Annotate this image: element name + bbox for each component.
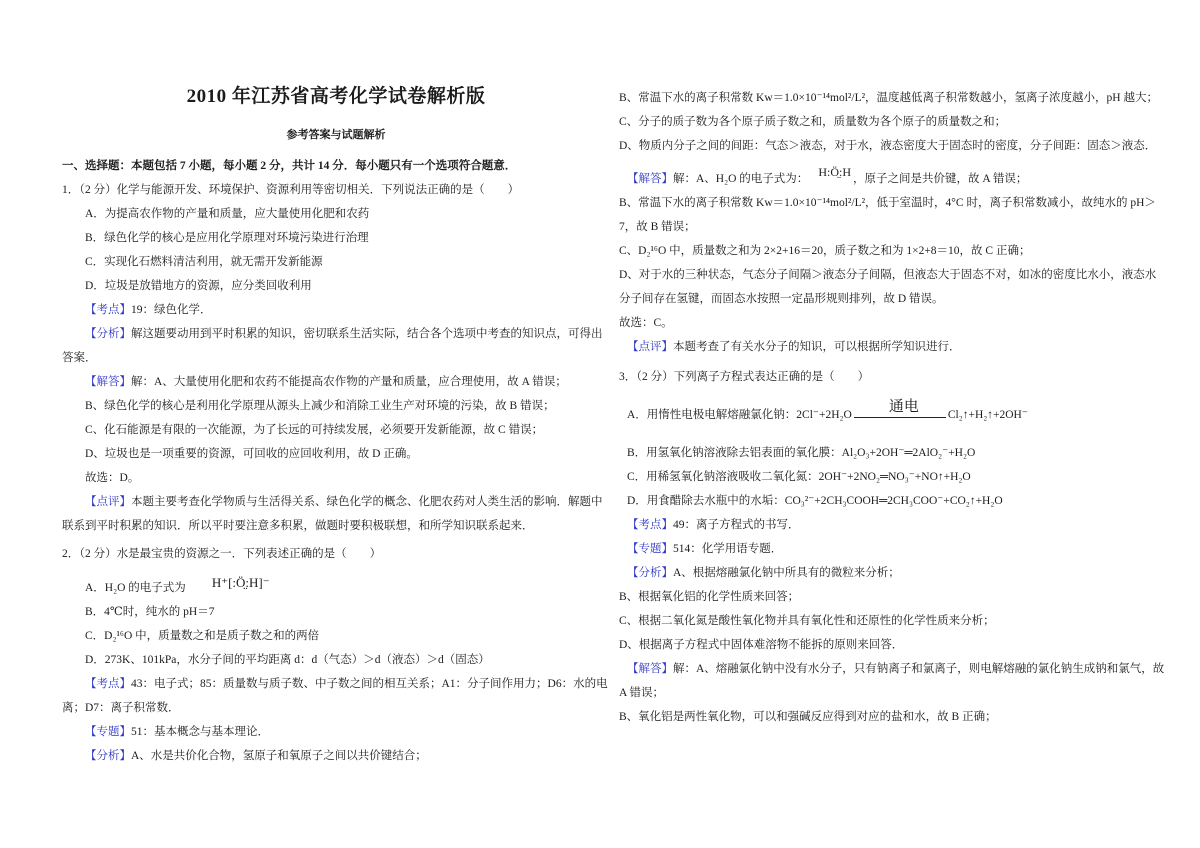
- jieda-text: 解：A、熔融氯化钠中没有水分子，只有钠离子和氯离子，则电解熔融的氯化钠生成钠和氯…: [619, 663, 1164, 699]
- section-header: 一、选择题：本题包括 7 小题，每小题 2 分，共计 14 分．每小题只有一个选…: [62, 154, 610, 178]
- q3-option-a-products: Cl₂↑+H₂↑+2OH⁻: [948, 409, 1028, 421]
- q1-kaodian: 【考点】19：绿色化学．: [62, 298, 610, 322]
- q1-option-a: A．为提高农作物的产量和质量，应大量使用化肥和农药: [62, 202, 610, 226]
- q3-zhuanti: 【专题】514：化学用语专题．: [619, 537, 1167, 561]
- jieda-text: 解：A、大量使用化肥和农药不能提高农作物的产量和质量，应合理使用，故 A 错误；: [131, 376, 567, 388]
- jieda-text-tail: ，原子之间是共价键，故 A 错误；: [853, 173, 1027, 185]
- q2-fenxi-b: B、常温下水的离子积常数 Kw＝1.0×10⁻¹⁴mol²/L²，温度越低离子积…: [619, 86, 1167, 110]
- q3-option-c: C．用稀氢氧化钠溶液吸收二氧化氮：2OH⁻+2NO₂═NO₃⁻+NO↑+H₂O: [619, 465, 1167, 489]
- q2-kaodian: 【考点】43：电子式；85：质量数与质子数、中子数之间的相互关系；A1：分子间作…: [62, 672, 610, 720]
- kaodian-text: 43：电子式；85：质量数与质子数、中子数之间的相互关系；A1：分子间作用力；D…: [62, 678, 608, 714]
- left-column: 2010 年江苏省高考化学试卷解析版 参考答案与试题解析 一、选择题：本题包括 …: [62, 84, 610, 768]
- q3-kaodian: 【考点】49：离子方程式的书写．: [619, 513, 1167, 537]
- zhuanti-label: 【专题】: [627, 543, 673, 555]
- dianping-text: 本题主要考查化学物质与生活得关系、绿色化学的概念、化肥农药对人类生活的影响．解题…: [62, 496, 603, 532]
- fenxi-label: 【分析】: [85, 750, 131, 762]
- q2-option-a-text: A．H₂O 的电子式为: [85, 582, 186, 594]
- zhuanti-label: 【专题】: [85, 726, 131, 738]
- q1-jieda-b: B、绿色化学的核心是利用化学原理从源头上减少和消除工业生产对环境的污染，故 B …: [62, 394, 610, 418]
- q3-stem: 3．（2 分）下列离子方程式表达正确的是（ ）: [619, 365, 1167, 389]
- fenxi-text: A、根据熔融氯化钠中所具有的微粒来分析；: [673, 567, 900, 579]
- fenxi-label: 【分析】: [627, 567, 673, 579]
- q1-jieda: 【解答】解：A、大量使用化肥和农药不能提高农作物的产量和质量，应合理使用，故 A…: [62, 370, 610, 394]
- jieda-label: 【解答】: [627, 173, 673, 185]
- q2-option-b: B．4℃时，纯水的 pH＝7: [62, 600, 610, 624]
- electron-dot-formula-hydroxide: H⁺[:Ö̤:H]⁻: [189, 576, 270, 590]
- q3-jieda-b: B、氧化铝是两性氧化物，可以和强碱反应得到对应的盐和水，故 B 正确；: [619, 705, 1167, 729]
- q2-jieda-b: B、常温下水的离子积常数 Kw＝1.0×10⁻¹⁴mol²/L²，低于室温时，4…: [619, 191, 1167, 239]
- zhuanti-text: 51：基本概念与基本理论．: [131, 726, 269, 738]
- q1-option-d: D．垃圾是放错地方的资源，应分类回收利用: [62, 274, 610, 298]
- q2-fenxi-d: D、物质内分子之间的间距：气态＞液态，对于水，液态密度大于固态时的密度，分子间距…: [619, 134, 1167, 158]
- electron-dot-formula-water: H:Ö̤:H: [810, 166, 851, 179]
- kaodian-text: 49：离子方程式的书写．: [673, 519, 800, 531]
- q3-jieda: 【解答】解：A、熔融氯化钠中没有水分子，只有钠离子和氯离子，则电解熔融的氯化钠生…: [619, 657, 1167, 705]
- fenxi-text: 解这题要动用到平时积累的知识，密切联系生活实际，结合各个选项中考查的知识点，可得…: [62, 328, 603, 364]
- dianping-label: 【点评】: [85, 496, 131, 508]
- q2-dianping: 【点评】本题考查了有关水分子的知识，可以根据所学知识进行．: [619, 335, 1167, 359]
- jieda-label: 【解答】: [85, 376, 131, 388]
- jieda-label: 【解答】: [627, 663, 673, 675]
- q2-option-a: A．H₂O 的电子式为H⁺[:Ö̤:H]⁻: [62, 566, 610, 600]
- q1-dianping: 【点评】本题主要考查化学物质与生活得关系、绿色化学的概念、化肥农药对人类生活的影…: [62, 490, 610, 538]
- q2-fenxi: 【分析】A、水是共价化合物，氢原子和氧原子之间以共价键结合；: [62, 744, 610, 768]
- kaodian-label: 【考点】: [627, 519, 673, 531]
- q1-option-b: B．绿色化学的核心是应用化学原理对环境污染进行治理: [62, 226, 610, 250]
- q1-stem: 1．（2 分）化学与能源开发、环境保护、资源利用等密切相关．下列说法正确的是（ …: [62, 178, 610, 202]
- q3-fenxi-c: C、根据二氧化氮是酸性氧化物并具有氧化性和还原性的化学性质来分析；: [619, 609, 1167, 633]
- page-title: 2010 年江苏省高考化学试卷解析版: [62, 84, 610, 110]
- q1-fenxi: 【分析】解这题要动用到平时积累的知识，密切联系生活实际，结合各个选项中考查的知识…: [62, 322, 610, 370]
- q2-jieda-c: C、D₂¹⁶O 中，质量数之和为 2×2+16＝20，质子数之和为 1×2+8＝…: [619, 239, 1167, 263]
- q3-option-a-text: A．用惰性电极电解熔融氯化钠：2Cl⁻+2H₂O: [627, 409, 852, 421]
- q2-stem: 2．（2 分）水是最宝贵的资源之一．下列表述正确的是（ ）: [62, 542, 610, 566]
- page-subtitle: 参考答案与试题解析: [62, 126, 610, 144]
- q3-option-b: B．用氢氧化钠溶液除去铝表面的氧化膜：Al₂O₃+2OH⁻═2AlO₂⁻+H₂O: [619, 441, 1167, 465]
- fenxi-label: 【分析】: [85, 328, 131, 340]
- q3-fenxi: 【分析】A、根据熔融氯化钠中所具有的微粒来分析；: [619, 561, 1167, 585]
- right-column: B、常温下水的离子积常数 Kw＝1.0×10⁻¹⁴mol²/L²，温度越低离子积…: [619, 86, 1167, 729]
- q2-option-d: D．273K、101kPa，水分子间的平均距离 d：d（气态）＞d（液态）＞d（…: [62, 648, 610, 672]
- kaodian-text: 19：绿色化学．: [131, 304, 212, 316]
- jieda-text: 解：A、H₂O 的电子式为：: [673, 173, 808, 185]
- reaction-condition-arrow: 通电: [852, 403, 948, 420]
- q1-option-c: C．实现化石燃料清洁利用，就无需开发新能源: [62, 250, 610, 274]
- q1-jieda-c: C、化石能源是有限的一次能源，为了长远的可持续发展，必须要开发新能源，故 C 错…: [62, 418, 610, 442]
- q2-answer: 故选：C。: [619, 311, 1167, 335]
- dianping-text: 本题考查了有关水分子的知识，可以根据所学知识进行．: [673, 341, 961, 353]
- arrow-condition-label: 通电: [852, 399, 948, 415]
- exam-solution-document: 2010 年江苏省高考化学试卷解析版 参考答案与试题解析 一、选择题：本题包括 …: [0, 0, 1200, 848]
- q1-jieda-d: D、垃圾也是一项重要的资源，可回收的应回收利用，故 D 正确。: [62, 442, 610, 466]
- q2-jieda: 【解答】解：A、H₂O 的电子式为：H:Ö̤:H，原子之间是共价键，故 A 错…: [619, 158, 1167, 191]
- q3-fenxi-b: B、根据氧化铝的化学性质来回答；: [619, 585, 1167, 609]
- q2-zhuanti: 【专题】51：基本概念与基本理论．: [62, 720, 610, 744]
- kaodian-label: 【考点】: [85, 678, 131, 690]
- q2-fenxi-c: C、分子的质子数为各个原子质子数之和，质量数为各个原子的质量数之和；: [619, 110, 1167, 134]
- q3-option-d: D．用食醋除去水瓶中的水垢：CO₃²⁻+2CH₃COOH═2CH₃COO⁻+CO…: [619, 489, 1167, 513]
- q2-option-c: C．D₂¹⁶O 中，质量数之和是质子数之和的两倍: [62, 624, 610, 648]
- q3-option-a: A．用惰性电极电解熔融氯化钠：2Cl⁻+2H₂O通电Cl₂↑+H₂↑+2OH⁻: [619, 389, 1167, 427]
- q2-jieda-d: D、对于水的三种状态，气态分子间隔＞液态分子间隔，但液态大于固态不对，如冰的密度…: [619, 263, 1167, 311]
- fenxi-text: A、水是共价化合物，氢原子和氧原子之间以共价键结合；: [131, 750, 427, 762]
- kaodian-label: 【考点】: [85, 304, 131, 316]
- arrow-line: [854, 417, 946, 418]
- dianping-label: 【点评】: [627, 341, 673, 353]
- q1-answer: 故选：D。: [62, 466, 610, 490]
- q3-fenxi-d: D、根据离子方程式中固体难溶物不能拆的原则来回答．: [619, 633, 1167, 657]
- zhuanti-text: 514：化学用语专题．: [673, 543, 782, 555]
